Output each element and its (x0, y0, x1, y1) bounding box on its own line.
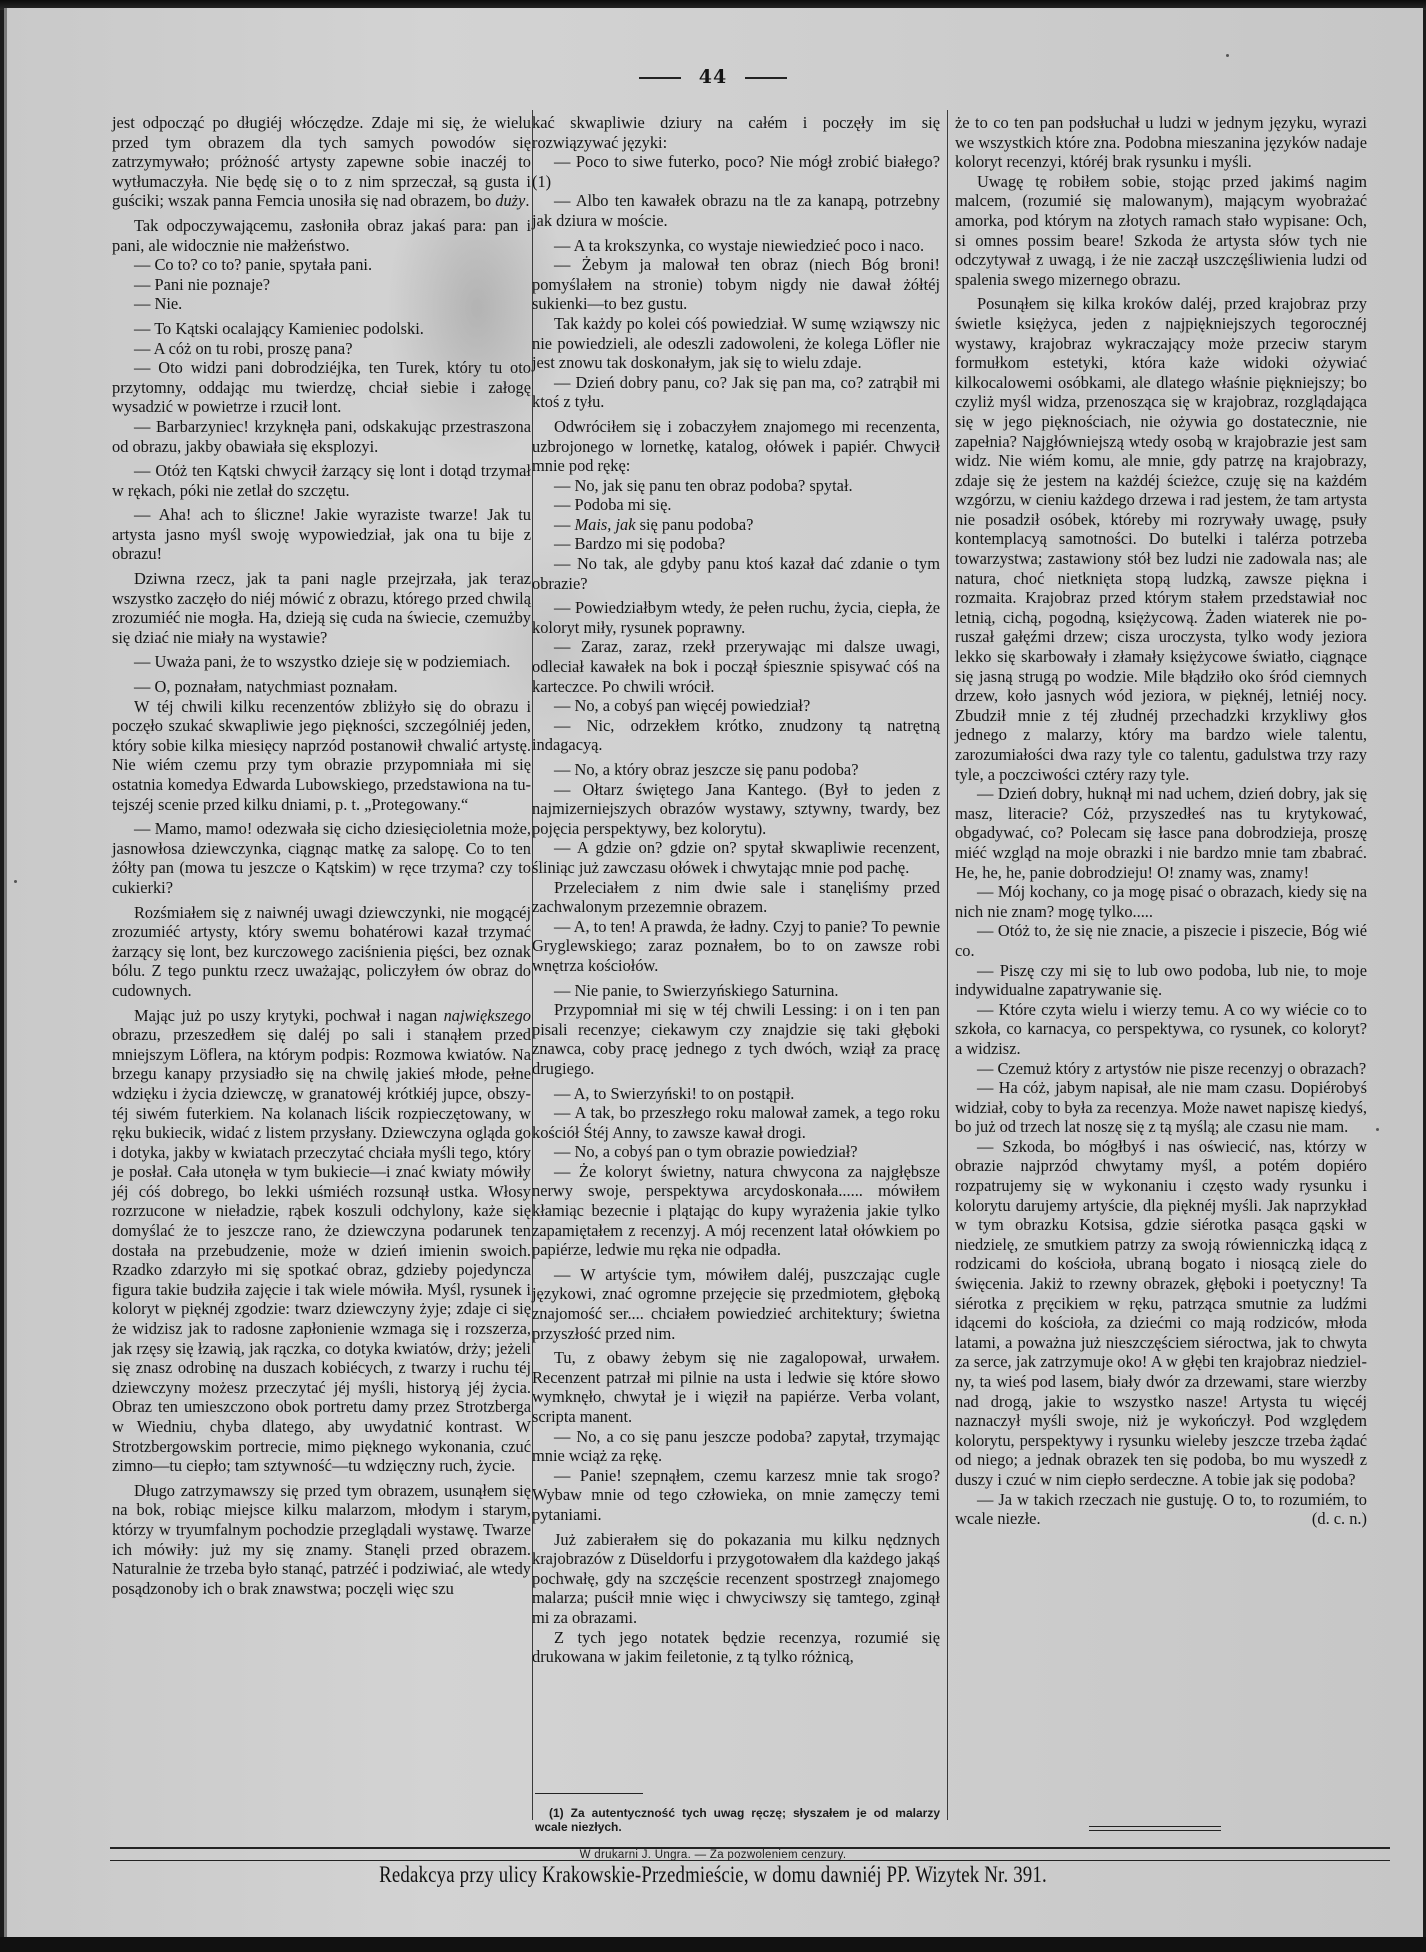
paragraph: — No tak, ale gdyby panu ktoś kazał dać … (532, 554, 940, 593)
paragraph: — Barbarzyniec! krzyknęła pani, odskakuj… (112, 417, 531, 456)
article-column-3: że to co ten pan podsłuchał u ludzi w je… (955, 113, 1367, 1529)
paragraph: — W artyście tym, mówiłem daléj, puszcza… (532, 1265, 940, 1343)
paragraph: jest odpocząć po długiéj włóczędze. Zdaj… (112, 113, 531, 211)
paragraph: — Piszę czy mi się to lub owo podoba, lu… (955, 961, 1367, 1000)
paragraph: — Bardzo mi się podoba? (532, 534, 940, 554)
footnote: (1) Za autentyczność tych uwag ręczę; sł… (535, 1806, 940, 1834)
paragraph: — Szkoda, bo mógłbyś i nas oświecić, nas… (955, 1137, 1367, 1490)
paragraph: Dziwna rzecz, jak ta pani nagle przejrza… (112, 569, 531, 647)
print-speck (1226, 54, 1229, 57)
paragraph: — Poco to siwe futerko, poco? Nie mógł z… (532, 152, 940, 191)
paragraph: — A, to ten! A prawda, że ładny. Czyj to… (532, 917, 940, 976)
paragraph: Tu, z obawy żebym się nie zagalopował, u… (532, 1348, 940, 1426)
paragraph: — Mais, jak się panu podoba? (532, 515, 940, 535)
page-number-text: 44 (699, 66, 727, 88)
page-number: 44 (0, 66, 1426, 88)
paragraph: — A, to Swierzyński! to on postąpił. (532, 1084, 940, 1104)
paragraph: Tak odpoczywającemu, zasłoniła obraz jak… (112, 216, 531, 255)
paragraph: — Otóż ten Kątski chwycił żarzący się lo… (112, 461, 531, 500)
print-speck (14, 880, 17, 883)
column-divider (947, 110, 948, 1820)
paragraph: — A cóż on tu robi, proszę pana? (112, 339, 531, 359)
paragraph: — Podoba mi się. (532, 495, 940, 515)
paragraph: że to co ten pan podsłuchał u ludzi w je… (955, 113, 1367, 172)
paragraph: — Czemuż który z artystów nie pisze rece… (955, 1059, 1367, 1079)
paragraph: — No, a cobyś pan więcéj powiedział? (532, 696, 940, 716)
footer-rule (110, 1860, 1390, 1861)
article-column-1: jest odpocząć po długiéj włóczędze. Zdaj… (112, 113, 531, 1598)
paragraph: — O, poznałam, natychmiast poznałam. (112, 677, 531, 697)
paragraph: — Albo ten kawałek obrazu na tle za kana… (532, 191, 940, 230)
paragraph: — To Kątski ocalający Kamieniec podolski… (112, 319, 531, 339)
paragraph: — No, a który obraz jeszcze się panu pod… (532, 760, 940, 780)
paragraph: — Ha cóż, jabym napisał, ale nie mam cza… (955, 1078, 1367, 1137)
scan-border-bottom (0, 1937, 1426, 1952)
footnote-separator (535, 1793, 643, 1794)
paragraph: — Pani nie poznaje? (112, 275, 531, 295)
paragraph: — No, a cobyś pan o tym obrazie powiedzi… (532, 1142, 940, 1162)
paragraph: — Zaraz, zaraz, rzekł przerywając mi dal… (532, 637, 940, 696)
paragraph: — Dzień dobry panu, co? Jak się pan ma, … (532, 373, 940, 412)
paragraph: — Mój kochany, co ja mogę pisać o obraza… (955, 882, 1367, 921)
paragraph: — No, jak się panu ten obraz podoba? spy… (532, 476, 940, 496)
paragraph: Uwagę tę robiłem sobie, stojąc przed jak… (955, 172, 1367, 290)
paragraph: Przypomniał mi się w téj chwili Lessing:… (532, 1000, 940, 1078)
paragraph: — A tak, bo przeszłego roku malował zame… (532, 1103, 940, 1142)
paragraph: — A gdzie on? gdzie on? spytał skwapliwi… (532, 838, 940, 877)
paragraph: — Otóż to, że się nie znacie, a piszecie… (955, 921, 1367, 960)
paragraph: — Ołtarz świętego Jana Kantego. (Był to … (532, 780, 940, 839)
paragraph: — No, a co się panu jeszcze podoba? zapy… (532, 1427, 940, 1466)
paragraph: Tak każdy po kolei cóś powiedział. W sum… (532, 314, 940, 373)
paragraph: — Powiedziałbym wtedy, że pełen ruchu, ż… (532, 598, 940, 637)
paragraph: Odwróciłem się i zobaczyłem znajomego mi… (532, 417, 940, 476)
paragraph: Mając już po uszy krytyki, pochwał i nag… (112, 1006, 531, 1476)
paragraph: — Nie panie, to Swierzyńskiego Saturnina… (532, 981, 940, 1001)
paragraph: — Że koloryt świetny, natura chwycona za… (532, 1162, 940, 1260)
paragraph: Z tych jego notatek będzie recenzya, roz… (532, 1628, 940, 1667)
article-column-2: kać skwapliwie dziury na całém i poczęły… (532, 113, 940, 1667)
paragraph: — Uważa pani, że to wszystko dzieje się … (112, 652, 531, 672)
article-end-rule (1089, 1826, 1221, 1831)
paragraph: kać skwapliwie dziury na całém i poczęły… (532, 113, 940, 152)
editorial-address: Redakcya przy ulicy Krakowskie-Przedmieś… (128, 1862, 1297, 1888)
paragraph: — Oto widzi pani dobrodziéjka, ten Turek… (112, 358, 531, 417)
paragraph: Długo zatrzymawszy się przed tym obrazem… (112, 1481, 531, 1599)
paragraph: — Ja w takich rzeczach nie gustuję. O to… (955, 1490, 1367, 1529)
paragraph: Rozśmiałem się z naiwnéj uwagi dziewczyn… (112, 903, 531, 1001)
paragraph: Przeleciałem z nim dwie sale i stanęliśm… (532, 878, 940, 917)
paragraph: — Dzień dobry, huknął mi nad uchem, dzie… (955, 784, 1367, 882)
paragraph: Już zabierałem się do pokazania mu kilku… (532, 1530, 940, 1628)
paragraph: Posunąłem się kilka kroków daléj, przed … (955, 294, 1367, 784)
paragraph: — Nic, odrzekłem krótko, znudzony tą nat… (532, 716, 940, 755)
paragraph: — Które czyta wielu i wierzy temu. A co … (955, 1000, 1367, 1059)
paragraph: — Panie! szepnąłem, czemu karzesz mnie t… (532, 1466, 940, 1525)
paragraph: — Nie. (112, 294, 531, 314)
paragraph: — Aha! ach to śliczne! Jakie wyraziste t… (112, 505, 531, 564)
paragraph: — Mamo, mamo! odezwała się cicho dziesię… (112, 819, 531, 897)
paragraph: W téj chwili kilku recenzentów zbliżyło … (112, 697, 531, 815)
paragraph: — Żebym ja malował ten obraz (niech Bóg … (532, 255, 940, 314)
paragraph: — A ta krokszynka, co wystaje niewiedzie… (532, 236, 940, 256)
paragraph: — Co to? co to? panie, spytała pani. (112, 255, 531, 275)
print-speck (1376, 1128, 1379, 1131)
